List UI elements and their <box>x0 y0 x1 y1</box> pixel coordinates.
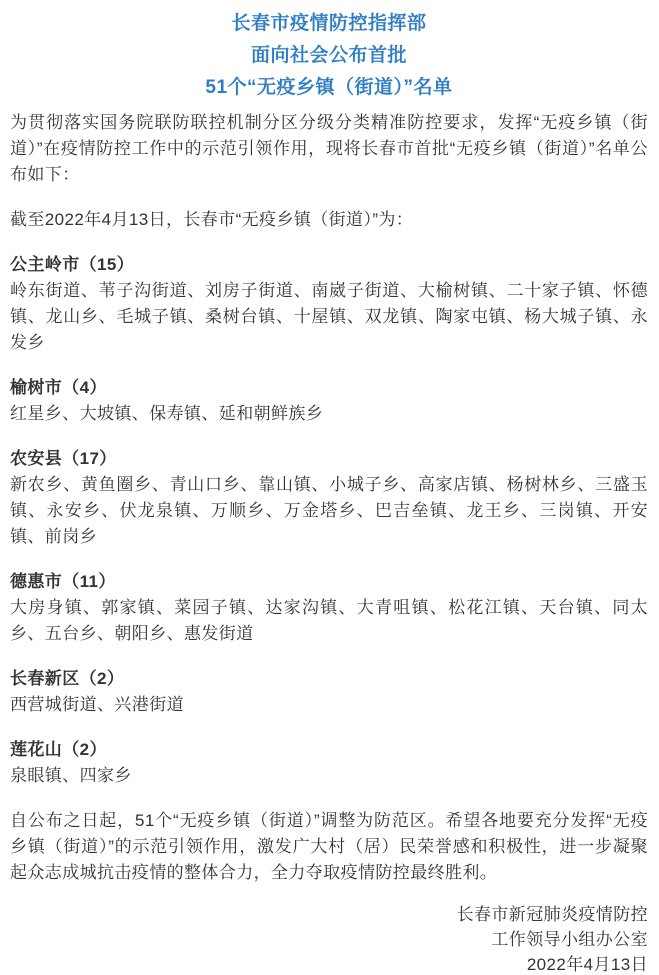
section-header-lianhuashan: 莲花山（2） <box>10 737 648 763</box>
signature-block: 长春市新冠肺炎疫情防控 工作领导小组办公室 2022年4月13日 <box>10 902 648 975</box>
section-gongzhuling: 公主岭市（15） 岭东街道、苇子沟街道、刘房子街道、南崴子街道、大榆树镇、二十家… <box>10 252 648 356</box>
section-list-lianhuashan: 泉眼镇、四家乡 <box>10 763 648 789</box>
signature-line-1: 长春市新冠肺炎疫情防控 <box>10 902 648 927</box>
section-dehui: 德惠市（11） 大房身镇、郭家镇、菜园子镇、达家沟镇、大青咀镇、松花江镇、天台镇… <box>10 569 648 647</box>
section-yushu: 榆树市（4） 红星乡、大坡镇、保寿镇、延和朝鲜族乡 <box>10 375 648 427</box>
announcement-document: 长春市疫情防控指挥部 面向社会公布首批 51个“无疫乡镇（街道）”名单 为贯彻落… <box>0 0 659 975</box>
document-page: { "doc": { "title_lines": [ "长春市疫情防控指挥部"… <box>0 0 659 975</box>
section-header-dehui: 德惠市（11） <box>10 569 648 595</box>
doc-title: 长春市疫情防控指挥部 面向社会公布首批 51个“无疫乡镇（街道）”名单 <box>10 8 648 104</box>
section-lianhuashan: 莲花山（2） 泉眼镇、四家乡 <box>10 737 648 789</box>
doc-title-line-1: 长春市疫情防控指挥部 <box>10 8 648 40</box>
doc-title-line-3: 51个“无疫乡镇（街道）”名单 <box>10 72 648 104</box>
asof-paragraph: 截至2022年4月13日，长春市“无疫乡镇（街道）”为： <box>10 207 648 233</box>
section-header-yushu: 榆树市（4） <box>10 375 648 401</box>
section-list-nongan: 新农乡、黄鱼圈乡、青山口乡、靠山镇、小城子乡、高家店镇、杨树林乡、三盛玉镇、永安… <box>10 472 648 550</box>
section-list-dehui: 大房身镇、郭家镇、菜园子镇、达家沟镇、大青咀镇、松花江镇、天台镇、同太乡、五台乡… <box>10 595 648 647</box>
section-header-changchunxinqu: 长春新区（2） <box>10 666 648 692</box>
signature-date: 2022年4月13日 <box>10 952 648 975</box>
section-list-changchunxinqu: 西营城街道、兴港街道 <box>10 692 648 718</box>
section-list-yushu: 红星乡、大坡镇、保寿镇、延和朝鲜族乡 <box>10 401 648 427</box>
section-header-gongzhuling: 公主岭市（15） <box>10 252 648 278</box>
section-nongan: 农安县（17） 新农乡、黄鱼圈乡、青山口乡、靠山镇、小城子乡、高家店镇、杨树林乡… <box>10 446 648 550</box>
section-list-gongzhuling: 岭东街道、苇子沟街道、刘房子街道、南崴子街道、大榆树镇、二十家子镇、怀德镇、龙山… <box>10 278 648 356</box>
section-header-nongan: 农安县（17） <box>10 446 648 472</box>
section-changchunxinqu: 长春新区（2） 西营城街道、兴港街道 <box>10 666 648 718</box>
doc-title-line-2: 面向社会公布首批 <box>10 40 648 72</box>
intro-paragraph: 为贯彻落实国务院联防联控机制分区分级分类精准防控要求，发挥“无疫乡镇（街道）”在… <box>10 110 648 188</box>
closing-paragraph: 自公布之日起，51个“无疫乡镇（街道）”调整为防范区。希望各地要充分发挥“无疫乡… <box>10 808 648 886</box>
signature-line-2: 工作领导小组办公室 <box>10 927 648 952</box>
